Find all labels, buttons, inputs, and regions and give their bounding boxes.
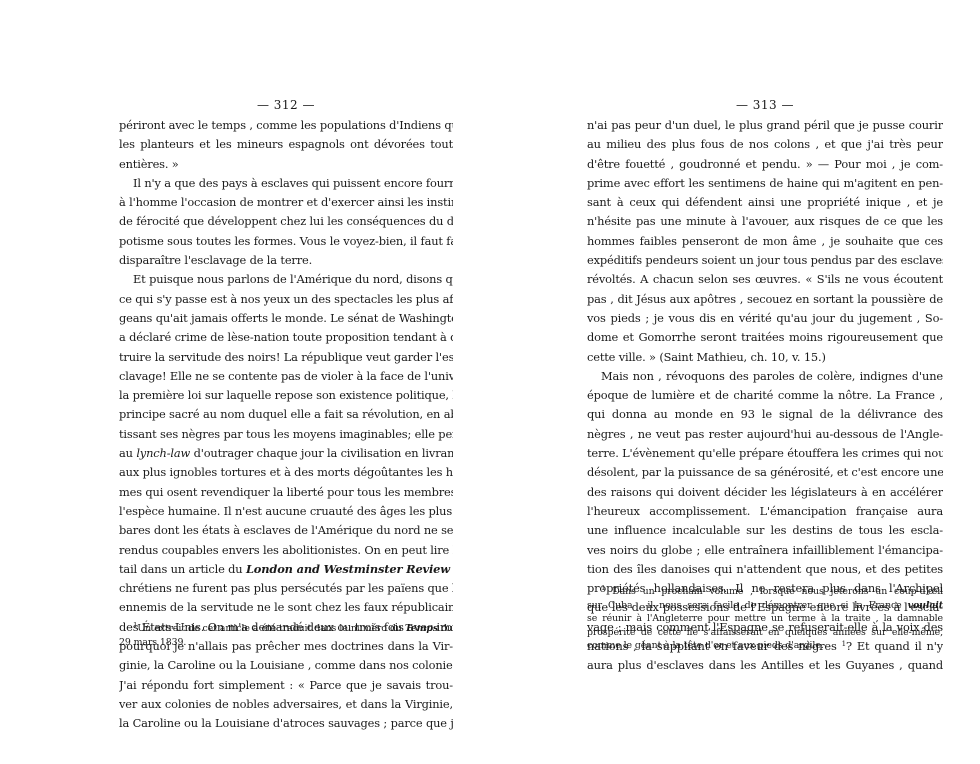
left-footnote: 1Un extrait de cet article a été traduit…	[119, 622, 453, 649]
right-footnote: 1 Dans un prochain volume , lorsque nous…	[587, 585, 943, 653]
text-line: tion des îles danoises qui n'attendent q…	[587, 560, 943, 579]
text-line: truire la servitude des noirs! La républ…	[119, 348, 453, 367]
text-line: principe sacré au nom duquel elle a fait…	[119, 405, 453, 424]
text-line: a déclaré crime de lèse-nation toute pro…	[119, 328, 453, 347]
text-line: l'heureux accomplissement. L'émancipatio…	[587, 502, 943, 521]
text-line: entières. »	[119, 155, 453, 174]
text-line: hommes faibles penseront de mon âme , je…	[587, 232, 943, 251]
page-number: — 313 —	[587, 96, 943, 114]
footnote-line: 1Un extrait de cet article a été traduit…	[119, 622, 453, 636]
text-line: dome et Gomorrhe seront traitées moins r…	[587, 328, 943, 347]
footnote-line: 29 mars 1839.	[119, 636, 453, 650]
text-line: des raisons qui doivent décider les légi…	[587, 483, 943, 502]
text-line: tail dans un article du London and Westm…	[119, 560, 453, 579]
footnote-marker: 1	[601, 585, 605, 592]
footnote-line: se réunir à l'Angleterre pour mettre un …	[587, 612, 943, 626]
text-line: époque de lumière et de charité comme la…	[587, 386, 943, 405]
text-line: vos pieds ; je vous dis en vérité qu'au …	[587, 309, 943, 328]
text-line: la première loi sur laquelle repose son …	[119, 386, 453, 405]
journal-title: Temps	[405, 623, 438, 634]
footnote-line: comme le géant à la tête d'or et aux pie…	[587, 639, 943, 653]
text-line: bares dont les états à esclaves de l'Amé…	[119, 521, 453, 540]
text-line: n'ai pas peur d'un duel, le plus grand p…	[587, 116, 943, 135]
paragraph-start: Et puisque nous parlons de l'Amérique du…	[119, 270, 453, 289]
text-line: révoltés. A chacun selon ses œuvres. « S…	[587, 270, 943, 289]
text-line: cette ville. » (Saint Mathieu, ch. 10, v…	[587, 348, 943, 367]
footnote-line: prospérité de cette île s'affaisserait e…	[587, 626, 943, 640]
text-line: aura plus d'esclaves dans les Antilles e…	[587, 656, 943, 675]
text-line: désolent, par la puissance de sa généros…	[587, 463, 943, 482]
text-line: les planteurs et les mineurs espagnols o…	[119, 135, 453, 154]
text-line: expéditifs pendeurs soient un jour tous …	[587, 251, 943, 270]
text-line: au milieu des plus fous de nos colons , …	[587, 135, 943, 154]
paragraph-start: Il n'y a que des pays à esclaves qui pui…	[119, 174, 453, 193]
text-fragment: d'outrager chaque jour la civilisation e…	[190, 446, 453, 460]
footnote-line: sur Cuba , il nous sera facile de démont…	[587, 599, 943, 613]
text-line: ce qui s'y passe est à nos yeux un des s…	[119, 290, 453, 309]
text-line: n'hésite pas une minute à l'avouer, aux …	[587, 212, 943, 231]
text-line: geans qu'ait jamais offerts le monde. Le…	[119, 309, 453, 328]
text-line: prime avec effort les sentimens de haine…	[587, 174, 943, 193]
text-line: l'espèce humaine. Il n'est aucune cruaut…	[119, 502, 453, 521]
text-line: ennemis de la servitude ne le sont chez …	[119, 598, 453, 617]
text-fragment: Dans un prochain volume , lorsque nous j…	[612, 586, 943, 597]
text-line: périront avec le temps , comme les popul…	[119, 116, 453, 135]
text-line: ver aux colonies de nobles adversaires, …	[119, 695, 453, 714]
text-line: de férocité que développent chez lui les…	[119, 212, 453, 231]
text-line: ves noirs du globe ; elle entraînera inf…	[587, 541, 943, 560]
text-fragment: tail dans un article du	[119, 562, 246, 576]
text-line: mes qui osent revendiquer la liberté pou…	[119, 483, 453, 502]
text-line: d'être fouetté , goudronné et pendu. » —…	[587, 155, 943, 174]
italic-term: lynch-law	[136, 446, 190, 460]
text-line: terre. L'évènement qu'elle prépare étouf…	[587, 444, 943, 463]
text-fragment: du	[438, 623, 453, 634]
page-number: — 312 —	[119, 96, 453, 114]
text-line: J'ai répondu fort simplement : « Parce q…	[119, 676, 453, 695]
text-fragment: au	[119, 446, 136, 460]
paragraph-start: Mais non , révoquons des paroles de colè…	[587, 367, 943, 386]
text-line: qui donna au monde en 93 le signal de la…	[587, 405, 943, 424]
text-line: rendus coupables envers les abolitionist…	[119, 541, 453, 560]
journal-title: London and Westminster Review	[246, 562, 450, 576]
text-line: pas , dit Jésus aux apôtres , secouez en…	[587, 290, 943, 309]
text-fragment: sur Cuba , il nous sera facile de démont…	[587, 600, 908, 611]
text-line: tissant ses nègres par tous les moyens i…	[119, 425, 453, 444]
text-line: chrétiens ne furent pas plus persécutés …	[119, 579, 453, 598]
text-line: disparaître l'esclavage de la terre.	[119, 251, 453, 270]
text-line: aux plus ignobles tortures et à des mort…	[119, 463, 453, 482]
text-line: à l'homme l'occasion de montrer et d'exe…	[119, 193, 453, 212]
text-line: une influence incalculable sur les desti…	[587, 521, 943, 540]
text-line: au lynch-law d'outrager chaque jour la c…	[119, 444, 453, 463]
text-line: clavage! Elle ne se contente pas de viol…	[119, 367, 453, 386]
emphasis: voulait	[908, 600, 943, 611]
text-line: potisme sous toutes les formes. Vous le …	[119, 232, 453, 251]
text-fragment: Un extrait de cet article a été traduit …	[137, 623, 405, 634]
text-line: ginie, la Caroline ou la Louisiane , com…	[119, 656, 453, 675]
text-line: la Caroline ou la Louisiane d'atroces sa…	[119, 714, 453, 733]
text-line: nègres , ne veut pas rester aujourd'hui …	[587, 425, 943, 444]
text-line: sant à ceux qui défendent ainsi une prop…	[587, 193, 943, 212]
footnote-line: 1 Dans un prochain volume , lorsque nous…	[587, 585, 943, 599]
